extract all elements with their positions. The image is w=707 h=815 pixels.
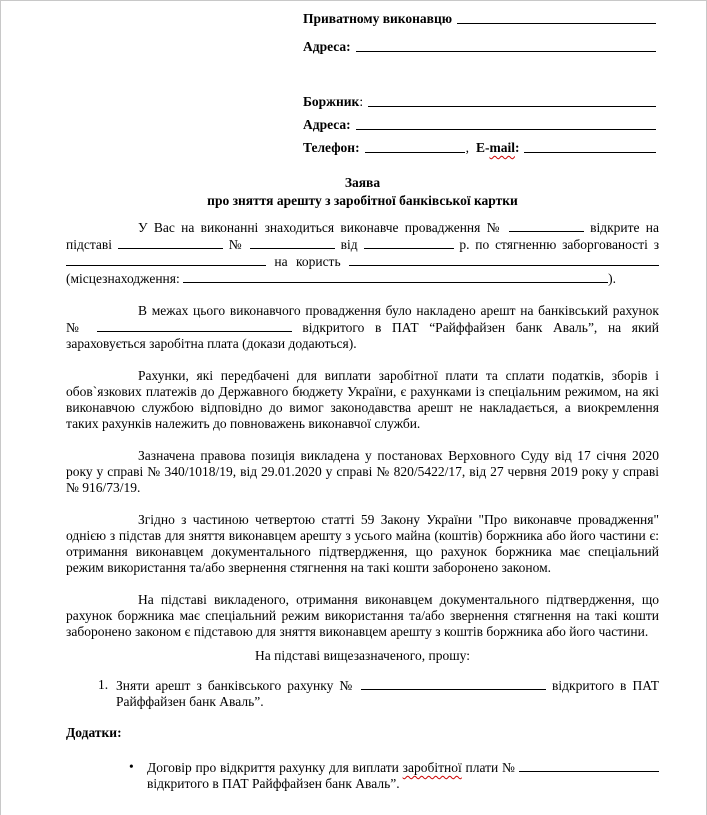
basis-document-blank[interactable] [118,236,223,249]
attachment-text-1: Договір про відкриття рахунку для виплат… [147,760,399,775]
p1-text-4: від [341,237,358,252]
title-line-2: про зняття арешту з заробітної банківськ… [66,192,659,210]
list-number: 1. [98,677,116,710]
paragraph-law-article: Згідно з частиною четвертою статті 59 За… [66,512,659,576]
title-line-1: Заява [66,174,659,192]
attachment-text: Договір про відкриття рахунку для виплат… [147,759,659,792]
attachments-heading: Додатки: [66,725,659,741]
executor-address-blank[interactable] [356,39,656,52]
paragraph-conclusion: На підставі викладеного, отримання викон… [66,592,659,640]
debtor-name-blank[interactable] [368,94,656,107]
request-intro: На підставі вищезазначеного, прошу: [66,648,659,664]
location-blank[interactable] [183,270,608,283]
attachment-text-3: відкритого в ПАТ Райффайзен банк Аваль”. [147,776,400,791]
proceeding-number-blank[interactable] [509,219,584,232]
bullet-icon: • [129,759,147,792]
paragraph-proceeding-info: У Вас на виконанні знаходиться виконавче… [66,219,659,287]
attachment-text-2: плати № [466,760,516,775]
attachment-item-1: • Договір про відкриття рахунку для випл… [129,759,659,792]
phone-label: Телефон: [303,139,360,156]
executor-address-label: Адреса: [303,38,351,55]
debtor-from-blank[interactable] [66,253,266,266]
p1-text-5: р. по стягненню заборгованості з [459,237,659,252]
paragraph-special-accounts: Рахунки, які передбачені для виплати зар… [66,368,659,432]
phone-blank[interactable] [365,140,465,153]
p1-text-3: № [229,237,244,252]
debtor-label: Боржник: [303,93,363,110]
document-number-blank[interactable] [250,236,335,249]
document-page: Приватному виконавцю Адреса: Боржник: Ад… [0,0,707,815]
request-text-1: Зняти арешт з банківського рахунку № [116,678,355,693]
email-blank[interactable] [524,140,656,153]
email-misspelled-word: mail [489,140,515,155]
contract-number-blank[interactable] [519,759,659,772]
header-address-block: Приватному виконавцю Адреса: Боржник: Ад… [303,10,656,156]
executor-name-blank[interactable] [457,11,656,24]
creditor-blank[interactable] [349,253,659,266]
debtor-line: Боржник: [303,93,656,110]
executor-line: Приватному виконавцю [303,10,656,27]
request-list-item-1: 1. Зняти арешт з банківського рахунку № … [98,677,659,710]
document-date-blank[interactable] [364,236,454,249]
p1-text-7: (місцезнаходження: [66,271,180,286]
attachment-misspelled-word: заробітної [403,760,462,775]
debtor-address-label: Адреса: [303,116,351,133]
email-label: E-mail: [476,139,520,156]
p1-text-8: ). [608,271,616,286]
header-spacer [303,66,656,93]
paragraph-arrest-info: В межах цього виконавчого провадження бу… [66,303,659,352]
paragraph-court-practice: Зазначена правова позиція викладена у по… [66,448,659,496]
request-text: Зняти арешт з банківського рахунку № від… [116,677,659,710]
phone-email-separator: , [466,139,469,156]
debtor-address-blank[interactable] [356,117,656,130]
executor-label: Приватному виконавцю [303,10,452,27]
account-number-blank[interactable] [97,319,292,332]
phone-email-line: Телефон: , E-mail: [303,139,656,156]
debtor-address-line: Адреса: [303,116,656,133]
executor-address-line: Адреса: [303,38,656,55]
p1-text-1: У Вас на виконанні знаходиться виконавче… [138,220,502,235]
document-title: Заява про зняття арешту з заробітної бан… [66,174,659,210]
request-account-blank[interactable] [361,677,546,690]
p1-text-6: на користь [274,254,340,269]
